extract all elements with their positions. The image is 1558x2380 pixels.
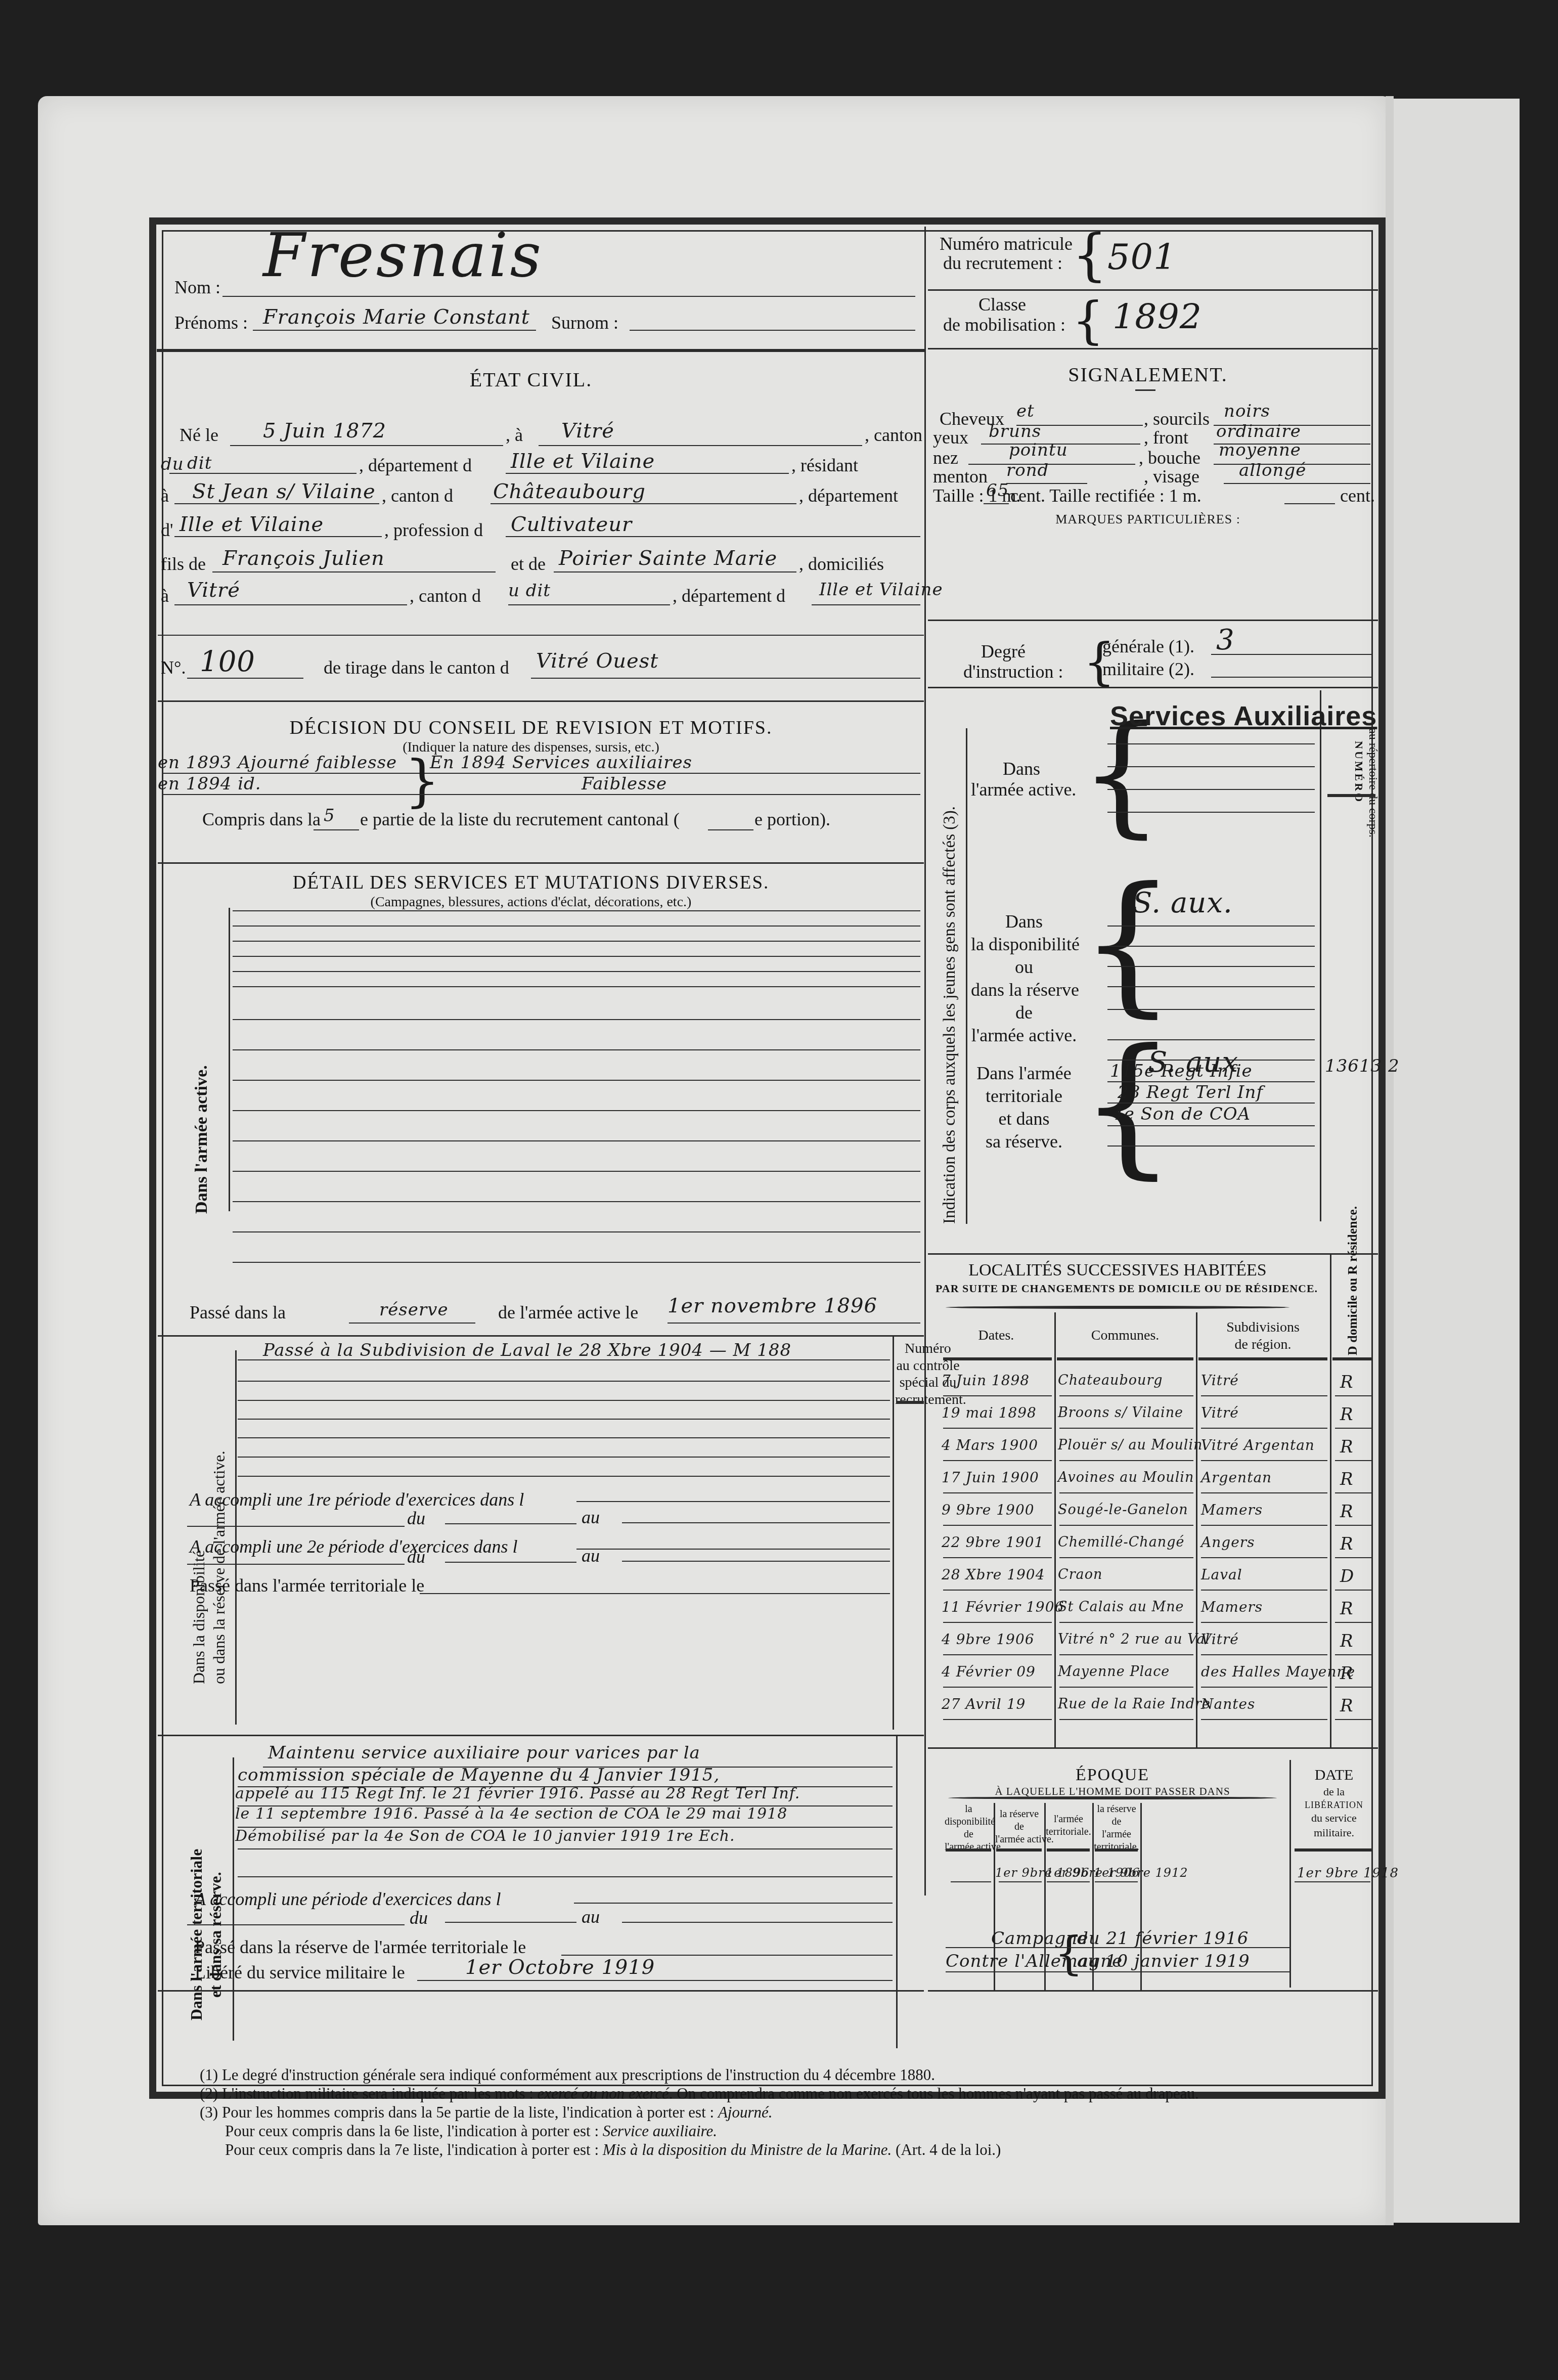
epoque-col-territoriale: l'armée territoriale. — [1046, 1813, 1091, 1838]
epoque-col-3-line-2: territoriale. — [1046, 1826, 1091, 1838]
matricule-label-1: Numéro matricule — [940, 234, 1073, 254]
table-row-line — [1201, 1687, 1327, 1688]
table-row-line — [1059, 1622, 1193, 1623]
yeux-value: bruns — [989, 422, 1041, 441]
localite-date: 17 Juin 1900 — [942, 1470, 1039, 1486]
territoriale-passe-reserve-label: Passé dans la réserve de l'armée territo… — [195, 1937, 526, 1958]
cent-label: cent. Taille rectifiée : 1 m. — [1010, 486, 1201, 506]
field-line — [951, 1881, 991, 1882]
parents-departement-value: Ille et Vilaine — [819, 581, 943, 599]
header-rule — [943, 1357, 1052, 1360]
residence-a-label: à — [161, 486, 169, 506]
localite-date: 9 9bre 1900 — [942, 1503, 1035, 1518]
signalement-title: SIGNALEMENT. — [996, 363, 1300, 386]
table-row-line — [1059, 1590, 1193, 1591]
field-line — [445, 1523, 576, 1524]
header-rule — [1295, 1848, 1373, 1852]
epoque-col-2-line-3: l'armée active. — [995, 1833, 1043, 1846]
ruled-line — [1107, 766, 1315, 767]
table-row-line — [1201, 1557, 1327, 1558]
territoriale-label-1: Dans l'armée — [971, 1062, 1077, 1085]
nez-label: nez — [933, 448, 958, 468]
footnote-5-text: Pour ceux compris dans la 7e liste, l'in… — [225, 2141, 603, 2158]
field-line — [1224, 483, 1370, 484]
localite-dr: R — [1340, 1503, 1354, 1521]
disponibilite-label-3: ou — [971, 956, 1077, 979]
table-row-line — [1335, 1460, 1373, 1461]
disponibilite-label-6: l'armée active. — [971, 1024, 1077, 1047]
table-row-line — [1059, 1719, 1193, 1720]
ruled-line — [233, 941, 920, 942]
column-divider — [1196, 1312, 1197, 1747]
field-line — [984, 503, 1009, 504]
liberation-value: 1er 9bre 1918 — [1297, 1866, 1399, 1881]
table-row-line — [1335, 1557, 1373, 1558]
cent-label-end: cent. — [1340, 486, 1375, 506]
classe-label-1: Classe — [978, 294, 1026, 315]
table-row-line — [1335, 1492, 1373, 1493]
nez-value: pointu — [1009, 441, 1068, 460]
footnote-2-italic: exercé ou non exercé — [538, 2085, 669, 2102]
table-row-line — [1059, 1492, 1193, 1493]
territoriale-entry-3: appelé au 115 Regt Inf. le 21 février 19… — [235, 1785, 800, 1802]
territoriale-entry-1: Maintenu service auxiliaire pour varices… — [268, 1744, 700, 1762]
field-line — [576, 1549, 890, 1550]
disponibilite-label: Dans la disponibilité ou dans la réserve… — [971, 910, 1077, 1047]
field-line — [574, 1903, 893, 1904]
footnote-3: (3) Pour les hommes compris dans la 5e p… — [200, 2103, 773, 2122]
passe-reserve-value: réserve — [379, 1301, 449, 1319]
field-line — [187, 1564, 405, 1565]
front-value: ordinaire — [1216, 422, 1301, 441]
table-row-line — [1335, 1590, 1373, 1591]
field-line — [1095, 1881, 1138, 1882]
bouche-value: moyenne — [1219, 441, 1301, 460]
localite-subdivision: Laval — [1201, 1567, 1242, 1583]
compris-label: Compris dans la — [202, 809, 321, 830]
localite-subdivision: Vitré Argentan — [1201, 1438, 1315, 1453]
territoriale-entry-4: le 11 septembre 1916. Passé à la 4e sect… — [235, 1805, 787, 1822]
epoque-col-1-line-1: la — [945, 1803, 993, 1816]
field-line — [1211, 654, 1373, 655]
col-subdivisions-2: de région. — [1198, 1336, 1327, 1353]
table-row-line — [1201, 1622, 1327, 1623]
field-line — [187, 1924, 405, 1925]
field-line — [667, 1323, 920, 1324]
brace-icon: { — [1080, 855, 1176, 1031]
localite-commune: Mayenne Place — [1058, 1664, 1170, 1680]
ruled-line — [233, 1019, 920, 1020]
footnote-3-text: (3) Pour les hommes compris dans la 5e p… — [200, 2103, 718, 2121]
departement-value: Ille et Vilaine — [511, 450, 655, 472]
lieu-naissance-value: Vitré — [561, 420, 614, 442]
header-rule — [1198, 1357, 1327, 1360]
passe-reserve-date: 1er novembre 1896 — [667, 1295, 877, 1317]
localite-commune: St Calais au Mne — [1058, 1600, 1184, 1615]
divider — [928, 687, 1378, 688]
field-line — [576, 1501, 890, 1502]
field-line — [622, 1561, 890, 1562]
localites-title: LOCALITÉS SUCCESSIVES HABITÉES — [946, 1260, 1289, 1280]
front-label: , front — [1144, 427, 1188, 448]
campagne-du: du 21 février 1916 — [1077, 1929, 1249, 1948]
sourcils-label: , sourcils — [1144, 409, 1210, 429]
field-line — [999, 1881, 1042, 1882]
territoriale-value-4: 4e Son de COA — [1112, 1105, 1251, 1124]
epoque-col-1-line-4: l'armée active. — [945, 1841, 993, 1854]
col-communes: Communes. — [1057, 1328, 1193, 1344]
localite-date: 19 mai 1898 — [942, 1405, 1037, 1421]
table-row-line — [1335, 1525, 1373, 1526]
table-row-line — [1201, 1460, 1327, 1461]
ruled-line — [1107, 812, 1315, 813]
localite-commune: Craon — [1058, 1567, 1102, 1582]
territoriale-value-3: 28 Regt Terl Inf — [1118, 1083, 1263, 1102]
field-line — [506, 536, 920, 537]
armee-active-side-label: Dans l'armée active. — [192, 1065, 211, 1214]
field-line — [314, 829, 359, 830]
instruction-label-2: d'instruction : — [963, 662, 1063, 682]
instruction-generale-value: 3 — [1216, 625, 1235, 656]
compris-partie-value: 5 — [324, 807, 335, 825]
table-row-line — [943, 1687, 1052, 1688]
canton-label: , canton — [865, 425, 922, 446]
field-line — [349, 1323, 475, 1324]
localite-dr: R — [1340, 1373, 1354, 1392]
decorative-rule — [948, 1796, 1277, 1799]
divider — [928, 1747, 1378, 1749]
header-rule — [1047, 1848, 1090, 1852]
parents-canton-value: u dit — [508, 582, 551, 600]
ruled-line — [233, 1201, 920, 1202]
prenoms-line — [253, 330, 536, 331]
ne-le-value: 5 Juin 1872 — [263, 420, 386, 442]
sourcils-value: noirs — [1224, 402, 1270, 421]
etat-civil-title: ÉTAT CIVIL. — [379, 368, 683, 391]
footnote-2-text: (2) L'instruction militaire sera indiqué… — [200, 2085, 538, 2102]
footnote-4-text: Pour ceux compris dans la 6e liste, l'in… — [225, 2122, 603, 2140]
field-line — [1295, 1881, 1370, 1882]
localite-date: 28 Xbre 1904 — [942, 1567, 1045, 1583]
field-line — [445, 1562, 576, 1563]
field-line — [508, 604, 670, 605]
tirage-label: de tirage dans le canton d — [324, 657, 509, 678]
classe-value: 1892 — [1112, 298, 1202, 336]
residence-canton-value: Châteaubourg — [493, 480, 646, 503]
localite-subdivision: Vitré — [1201, 1632, 1239, 1648]
footnote-4-italic: Service auxiliaire. — [603, 2122, 717, 2140]
field-line — [968, 464, 1135, 465]
ruled-line — [1107, 986, 1315, 987]
disponibilite-label-5: de — [971, 1001, 1077, 1024]
decorative-rule — [946, 1306, 1289, 1309]
ruled-line — [233, 956, 920, 957]
ruled-line — [1107, 1039, 1315, 1040]
table-row-line — [943, 1557, 1052, 1558]
ruled-line — [1107, 1145, 1315, 1147]
col-subdivisions: Subdivisions de région. — [1198, 1319, 1327, 1353]
field-line — [1047, 1881, 1090, 1882]
localite-subdivision: des Halles Mayenne — [1201, 1664, 1355, 1680]
field-line — [174, 503, 379, 504]
a-label: , à — [506, 425, 523, 446]
conseil-line2-right: Faiblesse — [582, 775, 667, 794]
nom-label: Nom : — [174, 277, 220, 298]
periode2-du-label: du — [407, 1547, 425, 1567]
header-rule — [1095, 1848, 1138, 1852]
liberation-label-3: LIBÉRATION — [1291, 1799, 1377, 1811]
localite-commune: Rue de la Raie Indre — [1058, 1697, 1211, 1712]
table-row-line — [1335, 1719, 1373, 1720]
services-subtitle: (Campagnes, blessures, actions d'éclat, … — [278, 894, 784, 910]
localite-date: 4 Février 09 — [942, 1664, 1036, 1680]
nom-value: Fresnais — [263, 223, 543, 289]
residence-canton-label: , canton d — [382, 486, 453, 506]
ruled-line — [1107, 966, 1315, 967]
footnote-4: Pour ceux compris dans la 6e liste, l'in… — [225, 2122, 717, 2140]
ruled-line — [1107, 743, 1315, 744]
parents-canton-label: , canton d — [410, 586, 481, 606]
ruled-line — [238, 1476, 890, 1477]
corps-affectes-side-label: Indication des corps auxquels les jeunes… — [941, 806, 959, 1224]
localite-commune: Vitré n° 2 rue au Val — [1058, 1632, 1210, 1647]
territoriale-label-4: sa réserve. — [971, 1130, 1077, 1153]
field-line — [420, 1593, 890, 1594]
tirage-numero-value: 100 — [200, 646, 255, 678]
territoriale-value-2: 115e Regt Infie — [1110, 1062, 1253, 1081]
table-row-line — [943, 1460, 1052, 1461]
table-row-line — [943, 1654, 1052, 1655]
localite-subdivision: Argentan — [1201, 1470, 1272, 1486]
ruled-line — [1107, 1103, 1315, 1104]
surnom-line — [630, 330, 915, 331]
armee-active-label-1: Dans — [971, 759, 1072, 779]
header-rule — [946, 1848, 991, 1852]
liberation-label-4: du service — [1291, 1811, 1377, 1826]
matricule-label-2: du recrutement : — [943, 253, 1062, 274]
divider — [928, 289, 1378, 291]
localite-date: 11 Février 1906 — [942, 1600, 1064, 1615]
ruled-line — [233, 1171, 920, 1172]
table-row-line — [1201, 1428, 1327, 1429]
page-edge — [1386, 96, 1394, 2225]
profession-label: , profession d — [384, 520, 483, 541]
localite-subdivision: Vitré — [1201, 1405, 1239, 1421]
divider — [1327, 794, 1375, 797]
menton-label: menton — [933, 466, 988, 487]
yeux-label: yeux — [933, 427, 968, 448]
territoriale-label: Dans l'armée territoriale et dans sa rés… — [971, 1062, 1077, 1153]
divider — [896, 1401, 924, 1404]
footnote-2: (2) L'instruction militaire sera indiqué… — [200, 2085, 1199, 2103]
ruled-line — [233, 971, 920, 972]
table-row-line — [943, 1525, 1052, 1526]
adjacent-page — [1388, 99, 1520, 2223]
localite-subdivision: Mamers — [1201, 1503, 1263, 1518]
visage-value: allongé — [1239, 461, 1306, 480]
field-line — [417, 1980, 893, 1981]
field-line — [162, 794, 920, 795]
localite-dr: R — [1340, 1697, 1354, 1715]
territoriale-du-label: du — [410, 1908, 428, 1928]
matricule-value: 501 — [1107, 238, 1177, 277]
divider — [158, 1990, 924, 1992]
residence-departement-label: , département — [799, 486, 898, 506]
field-line — [212, 571, 496, 572]
residant-label: , résidant — [791, 455, 858, 476]
localite-date: 7 Juin 1898 — [942, 1373, 1030, 1389]
localite-dr: R — [1340, 1600, 1354, 1618]
instruction-label-1: Degré — [981, 641, 1026, 662]
table-row-line — [1059, 1557, 1193, 1558]
localite-date: 4 Mars 1900 — [942, 1438, 1038, 1453]
passe-reserve-mid: de l'armée active le — [498, 1302, 638, 1323]
brace-icon: { — [1072, 223, 1107, 287]
ruled-line — [233, 1110, 920, 1111]
localite-dr: R — [1340, 1632, 1354, 1651]
table-row-line — [1201, 1719, 1327, 1720]
column-divider — [924, 227, 926, 1896]
numero-repertoire-label-2: au répertoire du corps. — [1366, 728, 1379, 838]
table-row-line — [1059, 1687, 1193, 1688]
field-line — [531, 678, 920, 679]
footnote-2-text-end: . On comprendra comme non exercés tous l… — [669, 2085, 1199, 2102]
parents-lieu-value: Vitré — [187, 579, 240, 601]
col-subdivisions-1: Subdivisions — [1198, 1319, 1327, 1336]
field-line — [1211, 677, 1373, 678]
field-line — [174, 536, 382, 537]
field-line — [174, 604, 407, 605]
tirage-no-label: N°. — [161, 657, 186, 678]
divider — [928, 620, 1378, 621]
localite-dr: D — [1340, 1567, 1354, 1586]
prenoms-value: François Marie Constant — [263, 306, 530, 328]
liberation-label-1: DATE — [1291, 1765, 1377, 1785]
table-row-line — [943, 1719, 1052, 1720]
canton-prefix: du — [161, 455, 184, 474]
column-divider — [896, 1735, 898, 2048]
liberation-label-2: de la — [1291, 1785, 1377, 1799]
nom-line — [222, 296, 915, 297]
divider — [928, 1990, 1378, 1992]
instruction-militaire-label: militaire (2). — [1102, 659, 1194, 680]
localite-commune: Avoines au Moulin — [1058, 1470, 1194, 1485]
periode1-du-label: du — [407, 1508, 425, 1529]
territoriale-entry-2: commission spéciale de Mayenne du 4 Janv… — [238, 1766, 720, 1785]
periode2-au-label: au — [582, 1546, 600, 1566]
residence-value: St Jean s/ Vilaine — [192, 480, 376, 503]
residence-departement-prefix: d' — [161, 520, 173, 541]
ruled-line — [233, 1140, 920, 1141]
visage-label: , visage — [1144, 466, 1199, 487]
ruled-line — [1107, 925, 1315, 927]
table-row-line — [1059, 1460, 1193, 1461]
territoriale-periode-label: A accompli une période d'exercices dans … — [195, 1889, 501, 1910]
territoriale-au-label: au — [582, 1907, 600, 1927]
field-line — [506, 473, 789, 474]
footnote-5-italic: Mis à la disposition du Ministre de la M… — [603, 2141, 892, 2158]
campagne-au: au 10 janvier 1919 — [1077, 1952, 1250, 1971]
cheveux-value: et — [1016, 402, 1035, 421]
disponibilite-entry: Passé à la Subdivision de Laval le 28 Xb… — [263, 1341, 791, 1360]
field-line — [230, 445, 503, 446]
field-line — [445, 1922, 576, 1923]
services-auxiliaires-stamp: Services Auxiliaires — [1110, 700, 1377, 732]
localite-commune: Plouër s/ au Moulin — [1058, 1438, 1203, 1453]
ruled-line — [1107, 789, 1315, 790]
ruled-line — [233, 925, 920, 927]
taille-value: 65 — [986, 481, 1009, 500]
numero-repertoire-value: 13613 2 — [1325, 1057, 1400, 1076]
passe-reserve-label: Passé dans la — [190, 1302, 286, 1323]
col-dr: D domicile ou R résidence. — [1345, 1206, 1360, 1355]
passe-territoriale-label: Passé dans l'armée territoriale le — [190, 1575, 424, 1596]
ruled-line — [233, 986, 920, 987]
periode1-label: A accompli une 1re période d'exercices d… — [190, 1489, 524, 1510]
epoque-title: ÉPOQUE — [951, 1765, 1274, 1785]
field-line — [622, 1522, 890, 1523]
table-row-line — [1335, 1687, 1373, 1688]
localite-subdivision: Angers — [1201, 1535, 1255, 1551]
disponibilite-label-1: Dans — [971, 910, 1077, 933]
ruled-line — [233, 910, 920, 911]
divider — [158, 862, 924, 864]
localite-date: 27 Avril 19 — [942, 1697, 1026, 1712]
field-line — [554, 571, 796, 572]
divider — [928, 348, 1378, 349]
liberation-label: DATE de la LIBÉRATION du service militai… — [1291, 1765, 1377, 1840]
table-row-line — [943, 1395, 1052, 1396]
localite-date: 22 9bre 1901 — [942, 1535, 1044, 1551]
table-row-line — [1201, 1395, 1327, 1396]
ruled-line — [1107, 946, 1315, 947]
ruled-line — [238, 1457, 890, 1458]
epoque-col-4-line-4: territoriale. — [1094, 1841, 1139, 1854]
ruled-line — [1107, 1060, 1315, 1061]
field-line — [946, 1947, 1289, 1948]
bouche-label: , bouche — [1139, 448, 1200, 468]
localite-subdivision: Nantes — [1201, 1697, 1255, 1712]
et-de-label: et de — [511, 554, 546, 575]
territoriale-label-2: territoriale — [971, 1085, 1077, 1108]
ne-le-label: Né le — [180, 425, 218, 446]
localite-subdivision: Mamers — [1201, 1600, 1263, 1615]
table-row-line — [1059, 1525, 1193, 1526]
armee-active-label: Dans l'armée active. — [971, 759, 1072, 801]
compris-text: e partie de la liste du recrutement cant… — [360, 809, 680, 830]
compris-end: e portion). — [754, 809, 830, 830]
disponibilite-label-4: dans la réserve — [971, 979, 1077, 1001]
table-row-line — [1335, 1395, 1373, 1396]
table-row-line — [943, 1622, 1052, 1623]
parents-departement-label: , département d — [673, 586, 785, 606]
epoque-col-4-line-3: l'armée — [1094, 1828, 1139, 1841]
ruled-line — [238, 1381, 890, 1382]
departement-label: , département d — [359, 455, 472, 476]
ruled-line — [238, 1400, 890, 1401]
column-divider — [1054, 1312, 1056, 1747]
table-row-line — [943, 1590, 1052, 1591]
epoque-col-1-line-2: disponibilité — [945, 1816, 993, 1828]
epoque-col-2-line-2: de — [995, 1821, 1043, 1833]
localite-date: 4 9bre 1906 — [942, 1632, 1035, 1648]
pere-value: François Julien — [222, 547, 385, 569]
disponibilite-label-2: la disponibilité — [971, 933, 1077, 956]
epoque-col-1-line-3: de — [945, 1828, 993, 1841]
table-row-line — [1335, 1654, 1373, 1655]
divider — [158, 1735, 924, 1736]
table-row-line — [943, 1492, 1052, 1493]
